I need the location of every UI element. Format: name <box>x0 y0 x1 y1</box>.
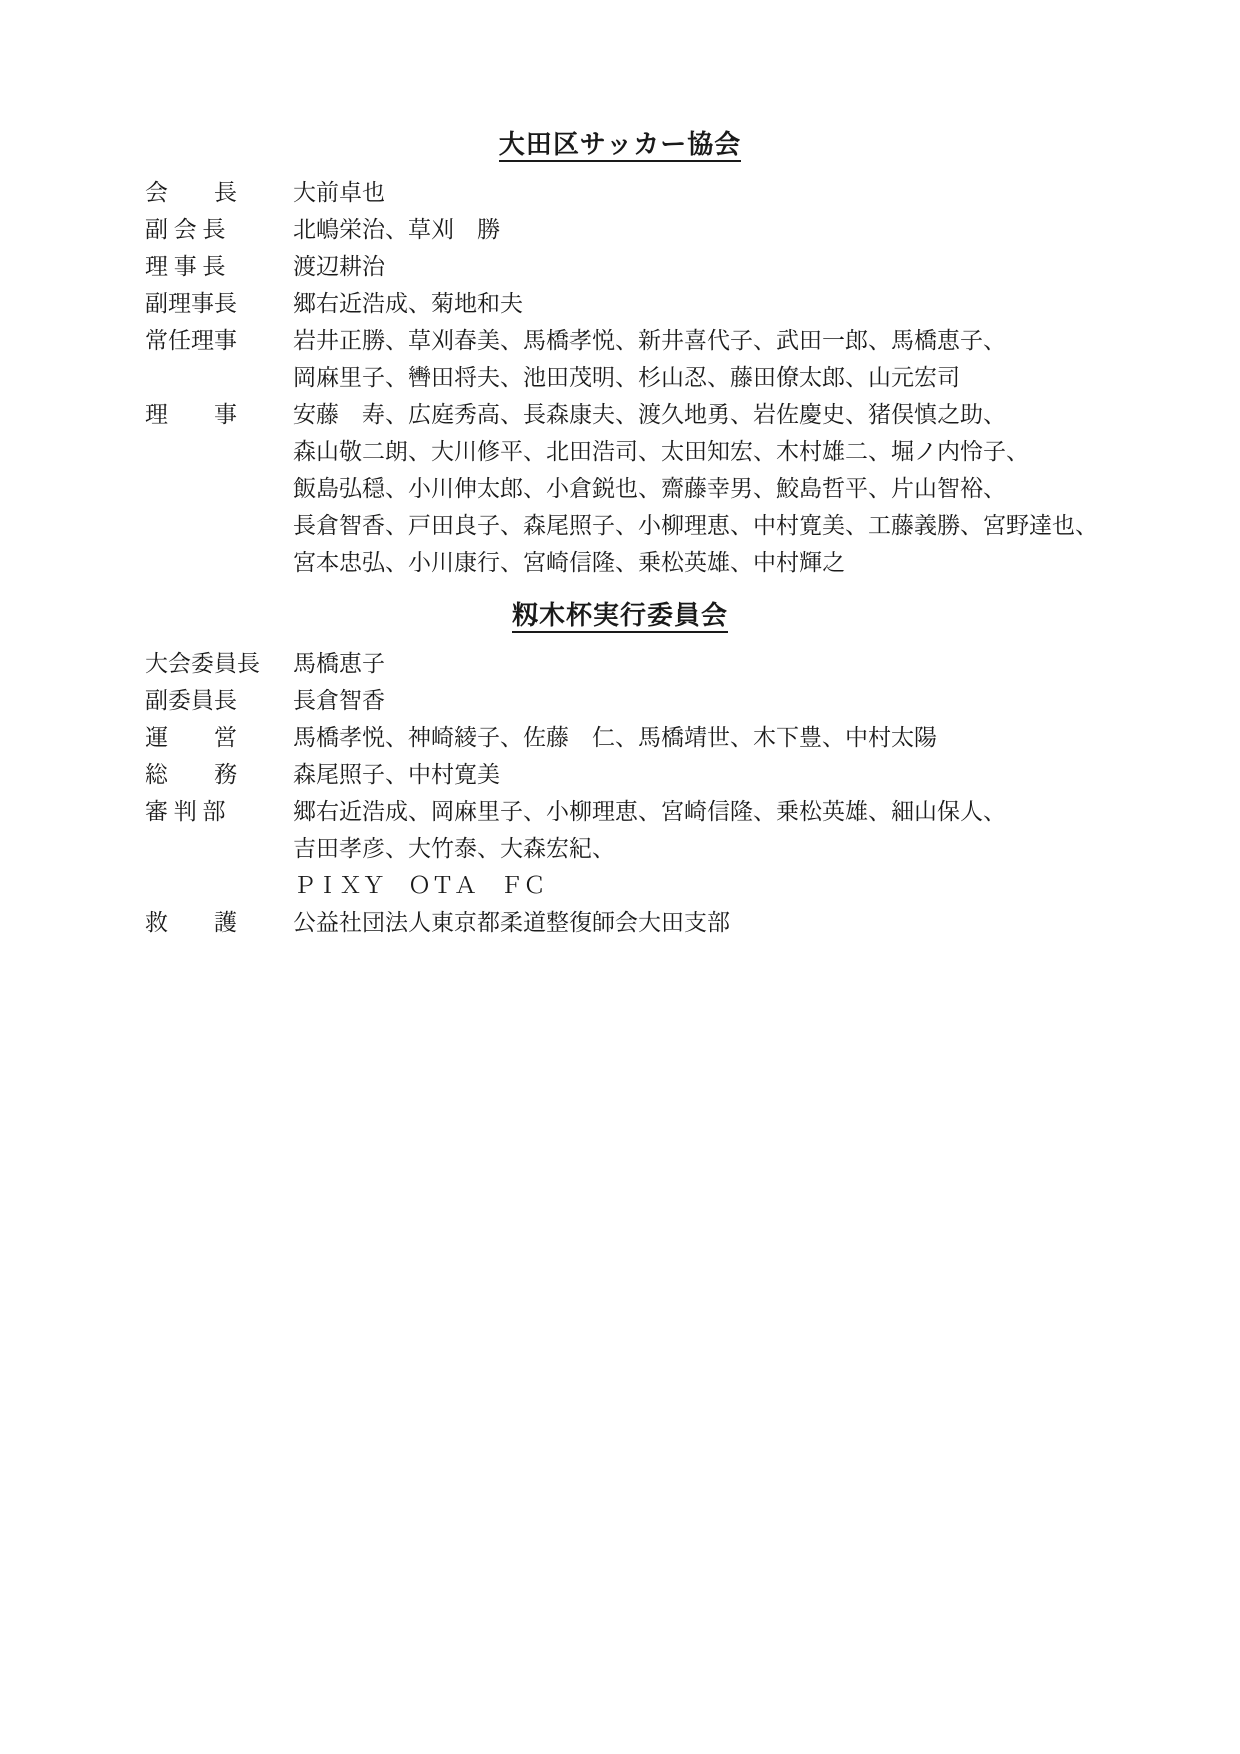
member-names-line: 長倉智香、戸田良子、森尾照子、小柳理恵、中村寛美、工藤義勝、宮野達也、 <box>293 507 1160 544</box>
member-names-line: 飯島弘穏、小川伸太郎、小倉鋭也、齋藤幸男、鮫島哲平、片山智裕、 <box>293 470 1160 507</box>
role-row: 理 事 長 渡辺耕治 <box>145 248 1160 285</box>
role-row: 運 営 馬橋孝悦、神崎綾子、佐藤 仁、馬橋靖世、木下豊、中村太陽 <box>145 719 1160 756</box>
member-names-line: 森山敬二朗、大川修平、北田浩司、太田知宏、木村雄二、堀ノ内怜子、 <box>293 433 1160 470</box>
member-names-line: 岩井正勝、草刈春美、馬橋孝悦、新井喜代子、武田一郎、馬橋恵子、 <box>293 322 1160 359</box>
member-names-line: 宮本忠弘、小川康行、宮崎信隆、乗松英雄、中村輝之 <box>293 544 1160 581</box>
role-value: 馬橋孝悦、神崎綾子、佐藤 仁、馬橋靖世、木下豊、中村太陽 <box>293 719 1160 756</box>
member-names-line: 森尾照子、中村寛美 <box>293 756 1160 793</box>
member-names-line: 大前卓也 <box>293 174 1160 211</box>
role-label: 総 務 <box>145 756 293 793</box>
document-page: 大田区サッカー協会 会 長 大前卓也 副 会 長 北嶋栄治、草刈 勝 理 事 長… <box>0 0 1240 1754</box>
section-title: 大田区サッカー協会 <box>499 130 741 162</box>
role-row: 救 護 公益社団法人東京都柔道整復師会大田支部 <box>145 904 1160 941</box>
role-label: 副委員長 <box>145 682 293 719</box>
section-title: 籾木杯実行委員会 <box>512 601 728 633</box>
role-row: 総 務 森尾照子、中村寛美 <box>145 756 1160 793</box>
role-label: 大会委員長 <box>145 645 293 682</box>
role-label: 理 事 <box>145 396 293 581</box>
role-label: 常任理事 <box>145 322 293 396</box>
member-names-line: 長倉智香 <box>293 682 1160 719</box>
role-row: 審 判 部 郷右近浩成、岡麻里子、小柳理恵、宮崎信隆、乗松英雄、細山保人、 吉田… <box>145 793 1160 904</box>
role-value: 安藤 寿、広庭秀高、長森康夫、渡久地勇、岩佐慶史、猪俣慎之助、 森山敬二朗、大川… <box>293 396 1160 581</box>
role-value: 渡辺耕治 <box>293 248 1160 285</box>
role-row: 副理事長 郷右近浩成、菊地和夫 <box>145 285 1160 322</box>
member-names-line: 郷右近浩成、菊地和夫 <box>293 285 1160 322</box>
role-row: 大会委員長 馬橋恵子 <box>145 645 1160 682</box>
section-title-heading: 大田区サッカー協会 <box>80 126 1160 164</box>
role-row: 会 長 大前卓也 <box>145 174 1160 211</box>
role-row: 副委員長 長倉智香 <box>145 682 1160 719</box>
member-names-line: 北嶋栄治、草刈 勝 <box>293 211 1160 248</box>
member-names-line: ＰＩＸＹ ＯＴＡ ＦＣ <box>293 867 1160 904</box>
role-value: 森尾照子、中村寛美 <box>293 756 1160 793</box>
role-row: 副 会 長 北嶋栄治、草刈 勝 <box>145 211 1160 248</box>
role-row: 常任理事 岩井正勝、草刈春美、馬橋孝悦、新井喜代子、武田一郎、馬橋恵子、 岡麻里… <box>145 322 1160 396</box>
member-names-line: 公益社団法人東京都柔道整復師会大田支部 <box>293 904 1160 941</box>
section-ota-soccer-association: 大田区サッカー協会 会 長 大前卓也 副 会 長 北嶋栄治、草刈 勝 理 事 長… <box>145 126 1160 581</box>
section-momiki-cup-committee: 籾木杯実行委員会 大会委員長 馬橋恵子 副委員長 長倉智香 運 営 馬橋孝悦、神… <box>145 597 1160 941</box>
role-label: 副 会 長 <box>145 211 293 248</box>
member-names-line: 馬橋孝悦、神崎綾子、佐藤 仁、馬橋靖世、木下豊、中村太陽 <box>293 719 1160 756</box>
role-value: 大前卓也 <box>293 174 1160 211</box>
role-label: 審 判 部 <box>145 793 293 904</box>
role-label: 会 長 <box>145 174 293 211</box>
member-names-line: 渡辺耕治 <box>293 248 1160 285</box>
role-row: 理 事 安藤 寿、広庭秀高、長森康夫、渡久地勇、岩佐慶史、猪俣慎之助、 森山敬二… <box>145 396 1160 581</box>
role-label: 運 営 <box>145 719 293 756</box>
member-names-line: 馬橋恵子 <box>293 645 1160 682</box>
role-label: 副理事長 <box>145 285 293 322</box>
section-title-heading: 籾木杯実行委員会 <box>80 597 1160 635</box>
role-value: 北嶋栄治、草刈 勝 <box>293 211 1160 248</box>
role-label: 救 護 <box>145 904 293 941</box>
role-value: 長倉智香 <box>293 682 1160 719</box>
member-names-line: 安藤 寿、広庭秀高、長森康夫、渡久地勇、岩佐慶史、猪俣慎之助、 <box>293 396 1160 433</box>
role-value: 郷右近浩成、菊地和夫 <box>293 285 1160 322</box>
role-value: 馬橋恵子 <box>293 645 1160 682</box>
role-label: 理 事 長 <box>145 248 293 285</box>
member-names-line: 郷右近浩成、岡麻里子、小柳理恵、宮崎信隆、乗松英雄、細山保人、 <box>293 793 1160 830</box>
role-value: 公益社団法人東京都柔道整復師会大田支部 <box>293 904 1160 941</box>
role-value: 郷右近浩成、岡麻里子、小柳理恵、宮崎信隆、乗松英雄、細山保人、 吉田孝彦、大竹泰… <box>293 793 1160 904</box>
member-names-line: 吉田孝彦、大竹泰、大森宏紀、 <box>293 830 1160 867</box>
role-value: 岩井正勝、草刈春美、馬橋孝悦、新井喜代子、武田一郎、馬橋恵子、 岡麻里子、轡田将… <box>293 322 1160 396</box>
member-names-line: 岡麻里子、轡田将夫、池田茂明、杉山忍、藤田僚太郎、山元宏司 <box>293 359 1160 396</box>
